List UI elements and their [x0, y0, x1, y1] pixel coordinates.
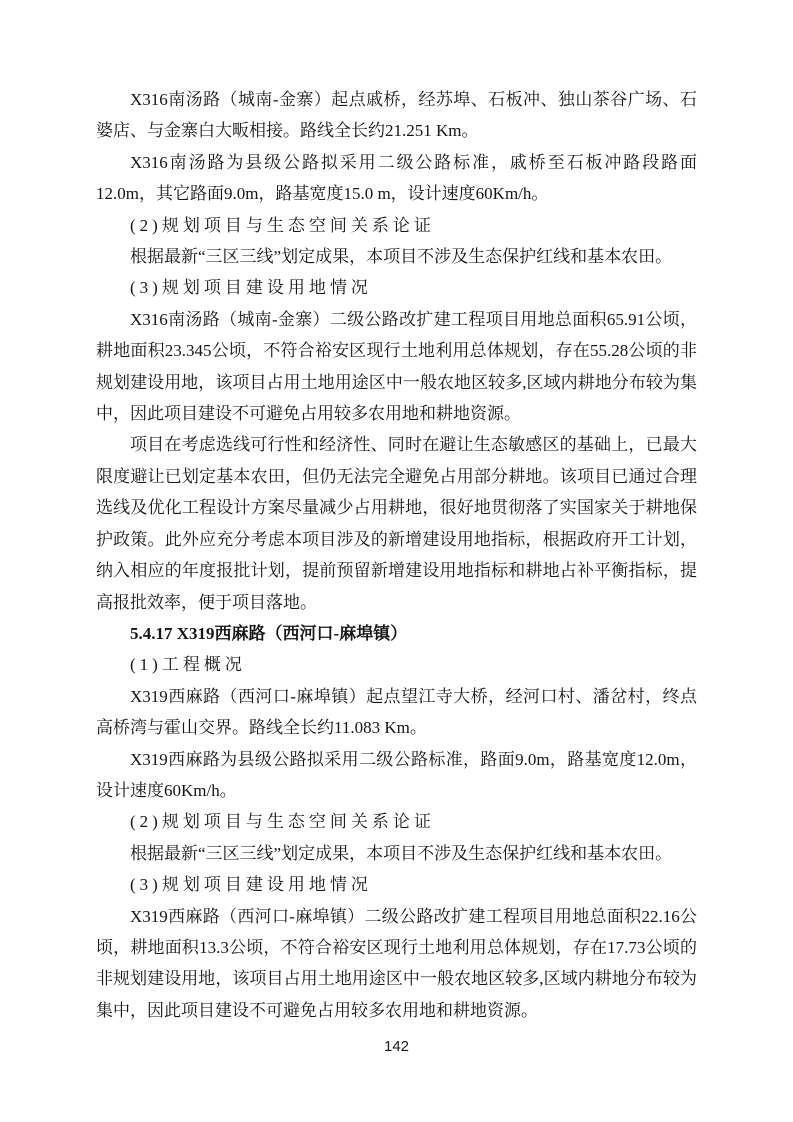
section-subheading: (3)规划项目建设用地情况 [96, 869, 697, 900]
body-paragraph: X319西麻路为县级公路拟采用二级公路标准，路面9.0m，路基宽度12.0m，设… [96, 744, 697, 807]
body-paragraph: 根据最新“三区三线”划定成果，本项目不涉及生态保护红线和基本农田。 [96, 241, 697, 272]
document-body: X316南汤路（城南-金寨）起点戚桥，经苏埠、石板冲、独山茶谷广场、石婆店、与金… [96, 84, 697, 1026]
page-number: 142 [384, 1038, 409, 1055]
section-subheading: (1)工程概况 [96, 649, 697, 680]
section-heading: 5.4.17 X319西麻路（西河口-麻埠镇） [96, 618, 697, 649]
section-subheading: (3)规划项目建设用地情况 [96, 272, 697, 303]
body-paragraph: X316南汤路（城南-金寨）二级公路改扩建工程项目用地总面积65.91公顷，耕地… [96, 304, 697, 430]
document-page: X316南汤路（城南-金寨）起点戚桥，经苏埠、石板冲、独山茶谷广场、石婆店、与金… [0, 0, 793, 1122]
body-paragraph: X319西麻路（西河口-麻埠镇）二级公路改扩建工程项目用地总面积22.16公顷，… [96, 901, 697, 1027]
body-paragraph: X319西麻路（西河口-麻埠镇）起点望江寺大桥，经河口村、潘岔村，终点高桥湾与霍… [96, 681, 697, 744]
body-paragraph: X316南汤路为县级公路拟采用二级公路标准，戚桥至石板冲路段路面12.0m，其它… [96, 147, 697, 210]
page-footer: 142 [0, 1036, 793, 1058]
body-paragraph: 项目在考虑选线可行性和经济性、同时在避让生态敏感区的基础上，已最大限度避让已划定… [96, 429, 697, 617]
section-subheading: (2)规划项目与生态空间关系论证 [96, 210, 697, 241]
body-paragraph: X316南汤路（城南-金寨）起点戚桥，经苏埠、石板冲、独山茶谷广场、石婆店、与金… [96, 84, 697, 147]
section-subheading: (2)规划项目与生态空间关系论证 [96, 806, 697, 837]
body-paragraph: 根据最新“三区三线”划定成果，本项目不涉及生态保护红线和基本农田。 [96, 838, 697, 869]
